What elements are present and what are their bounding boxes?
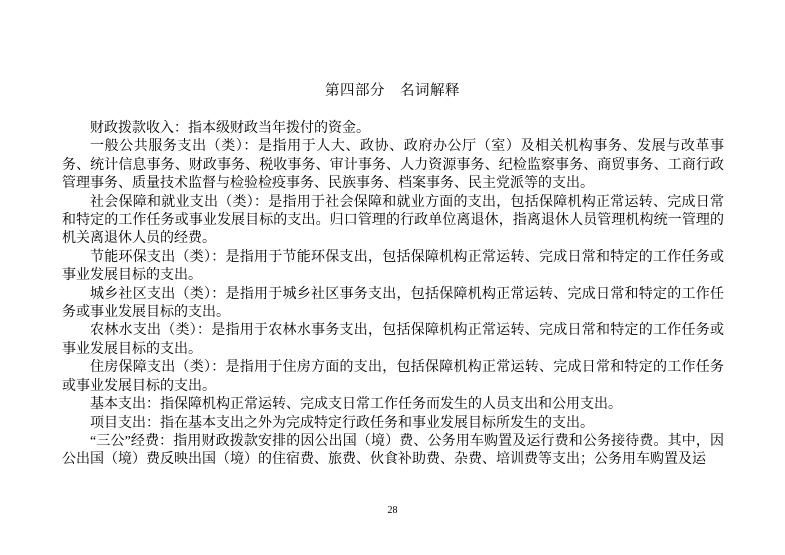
document-page: 第四部分 名词解释 财政拨款收入：指本级财政当年拨付的资金。 一般公共服务支出（… [0,0,785,555]
paragraph-zhufang-baozhang: 住房保障支出（类）：是指用于住房方面的支出，包括保障机构正常运转、完成日常和特定… [62,359,724,396]
paragraph-xiangmu-zhichu: 项目支出：指在基本支出之外为完成特定行政任务和事业发展目标所发生的支出。 [62,415,724,433]
paragraph-caizheng-bokuan-shouru: 财政拨款收入：指本级财政当年拨付的资金。 [62,120,724,138]
paragraph-nonglinshui: 农林水支出（类）：是指用于农林水事务支出，包括保障机构正常运转、完成日常和特定的… [62,322,724,359]
page-title: 第四部分 名词解释 [0,82,785,100]
paragraph-yiban-gonggong-fuwu: 一般公共服务支出（类）：是指用于人大、政协、政府办公厅（室）及相关机构事务、发展… [62,138,724,193]
paragraph-jiben-zhichu: 基本支出：指保障机构正常运转、完成支日常工作任务而发生的人员支出和公用支出。 [62,396,724,414]
paragraph-shehui-baozhang-jiuye: 社会保障和就业支出（类）：是指用于社会保障和就业方面的支出，包括保障机构正常运转… [62,194,724,249]
paragraph-jieneng-huanbao: 节能环保支出（类）：是指用于节能环保支出，包括保障机构正常运转、完成日常和特定的… [62,249,724,286]
paragraph-sangong-jingfei: “三公”经费：指用财政拨款安排的因公出国（境）费、公务用车购置及运行费和公务接待… [62,433,724,470]
page-number: 28 [0,505,785,517]
paragraph-chengxiang-shequ: 城乡社区支出（类）：是指用于城乡社区事务支出，包括保障机构正常运转、完成日常和特… [62,286,724,323]
document-body: 财政拨款收入：指本级财政当年拨付的资金。 一般公共服务支出（类）：是指用于人大、… [62,120,724,470]
